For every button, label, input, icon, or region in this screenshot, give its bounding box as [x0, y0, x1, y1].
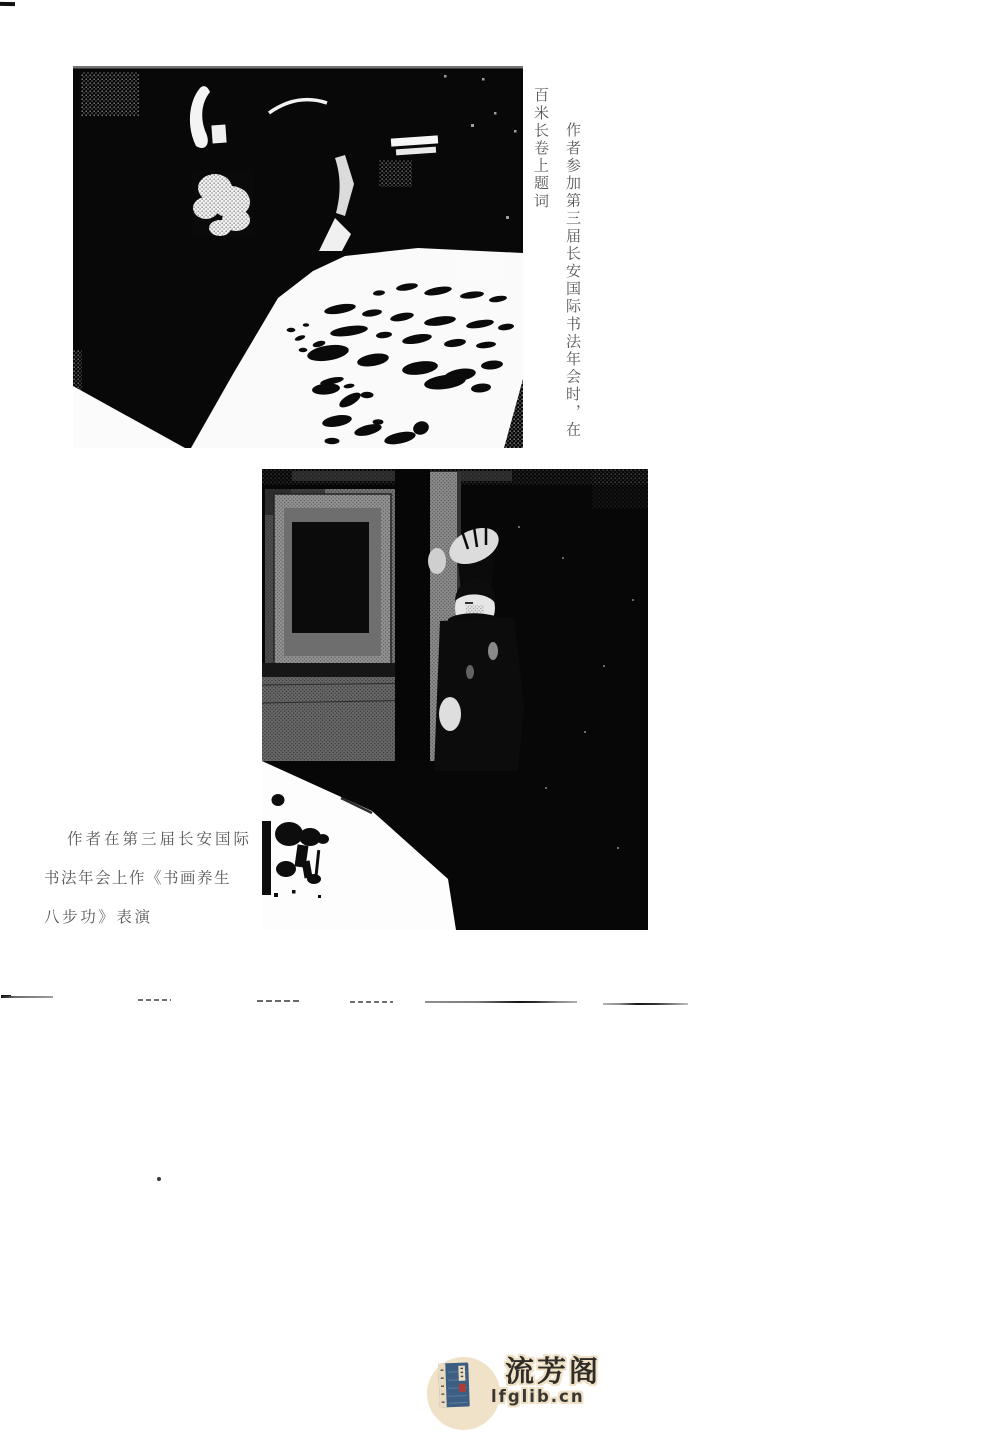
scan-crease-segment: [257, 1000, 301, 1002]
scan-corner-mark: [0, 2, 15, 6]
scan-crease-segment: [350, 1001, 393, 1003]
book-logo-icon: [427, 1357, 500, 1430]
photo2-caption-line-3: 八步功》表演: [44, 905, 153, 927]
photo2-caption-line-2: 书法年会上作《书画养生: [44, 866, 231, 888]
watermark-site-name: 流芳阁: [505, 1356, 601, 1388]
photo1-caption-column-2: 百米长卷上题词: [530, 87, 551, 210]
scan-crease-segment: [603, 1003, 688, 1005]
watermark-domain: lfglib.cn: [491, 1387, 601, 1406]
scan-crease-segment: [425, 1001, 577, 1003]
photo-scroll-inscription: [73, 66, 523, 448]
scan-crease-segment: [138, 999, 171, 1001]
photo1-caption-column-1: 作者参加第三届长安国际书法年会时，在: [562, 122, 583, 439]
photo-scroll-inscription-art: [73, 66, 523, 448]
photo-performance-art: [262, 469, 648, 930]
wall-and-frame: [262, 469, 461, 761]
photo2-caption-line-1: 作者在第三届长安国际: [67, 827, 252, 849]
stray-dot: [157, 1177, 161, 1181]
watermark: 流芳阁 lfglib.cn: [427, 1356, 657, 1432]
scanned-book-page: 作者参加第三届长安国际书法年会时，在 百米长卷上题词: [0, 0, 1002, 1440]
photo-performance: [262, 469, 648, 930]
watermark-text: 流芳阁 lfglib.cn: [491, 1356, 601, 1406]
scan-crease-segment: [2, 996, 53, 998]
